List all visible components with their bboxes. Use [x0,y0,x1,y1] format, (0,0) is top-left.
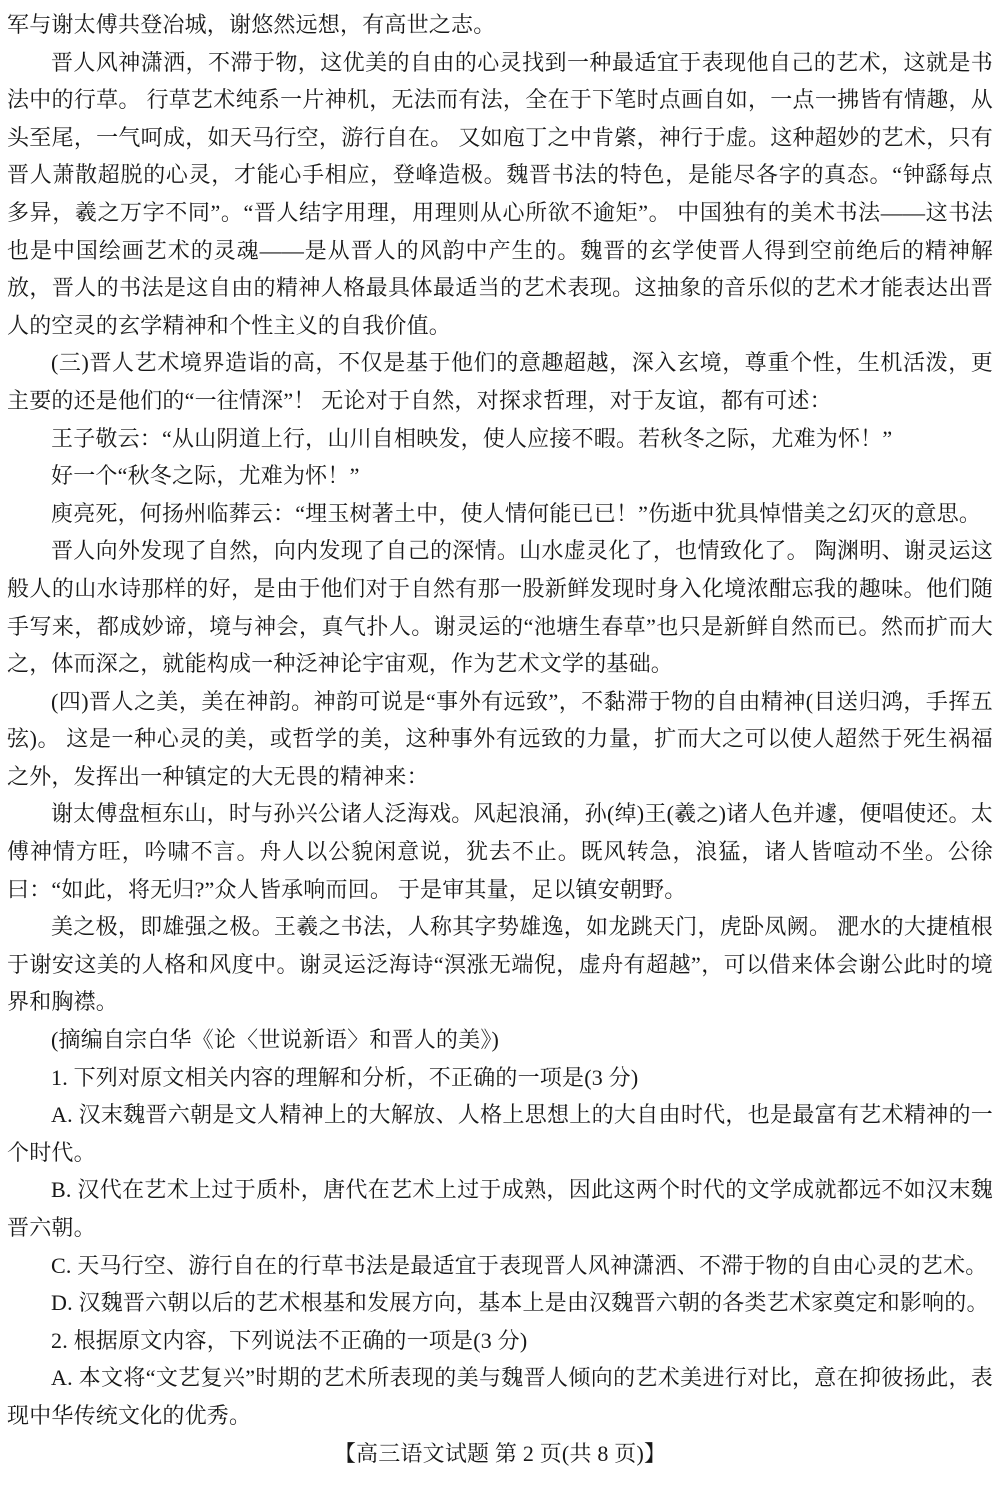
page-footer: 【高三语文试题 第 2 页(共 8 页)】 [7,1435,993,1473]
quote-echo-autumn: 好一个“秋冬之际，尤难为怀！” [7,457,993,495]
paragraph-nature-discovery: 晋人向外发现了自然，向内发现了自己的深情。山水虚灵化了，也情致化了。 陶渊明、谢… [7,532,993,682]
question-2-stem: 2. 根据原文内容，下列说法不正确的一项是(3 分) [7,1322,993,1360]
question-1-option-c: C. 天马行空、游行自在的行草书法是最适宜于表现晋人风神潇洒、不滞于物的自由心灵… [7,1247,993,1285]
paragraph-jin-calligraphy: 晋人风神潇洒，不滞于物，这优美的自由的心灵找到一种最适宜于表现他自己的艺术，这就… [7,44,993,345]
paragraph-beauty-of-strength: 美之极，即雄强之极。王羲之书法，人称其字势雄逸，如龙跳天门，虎卧凤阙。 淝水的大… [7,908,993,1021]
paragraph-continuation: 军与谢太傅共登冶城，谢悠然远想，有高世之志。 [7,6,993,44]
question-1-option-d: D. 汉魏晋六朝以后的艺术根基和发展方向，基本上是由汉魏晋六朝的各类艺术家奠定和… [7,1284,993,1322]
question-1-option-a: A. 汉末魏晋六朝是文人精神上的大解放、人格上思想上的大自由时代，也是最富有艺术… [7,1096,993,1171]
quote-yuliang-funeral: 庾亮死，何扬州临葬云：“埋玉树著土中，使人情何能已已！”伤逝中犹具悼惜美之幻灭的… [7,495,993,533]
question-1-stem: 1. 下列对原文相关内容的理解和分析，不正确的一项是(3 分) [7,1059,993,1097]
question-1-option-b: B. 汉代在艺术上过于质朴，唐代在艺术上过于成熟，因此这两个时代的文学成就都远不… [7,1171,993,1246]
paragraph-section-three: (三)晋人艺术境界造诣的高，不仅是基于他们的意趣超越，深入玄境，尊重个性，生机活… [7,344,993,419]
source-attribution: (摘编自宗白华《论〈世说新语〉和晋人的美》) [7,1021,993,1059]
paragraph-section-four: (四)晋人之美，美在神韵。神韵可说是“事外有远致”，不黏滞于物的自由精神(目送归… [7,683,993,796]
exam-page: 军与谢太傅共登冶城，谢悠然远想，有高世之志。 晋人风神潇洒，不滞于物，这优美的自… [0,0,1000,1490]
quote-xie-taifu-sea: 谢太傅盘桓东山，时与孙兴公诸人泛海戏。风起浪涌，孙(绰)王(羲之)诸人色并遽，便… [7,795,993,908]
question-2-option-a: A. 本文将“文艺复兴”时期的艺术所表现的美与魏晋人倾向的艺术美进行对比，意在抑… [7,1359,993,1434]
quote-wang-zijing: 王子敬云：“从山阴道上行，山川自相映发，使人应接不暇。若秋冬之际，尤难为怀！” [7,420,993,458]
